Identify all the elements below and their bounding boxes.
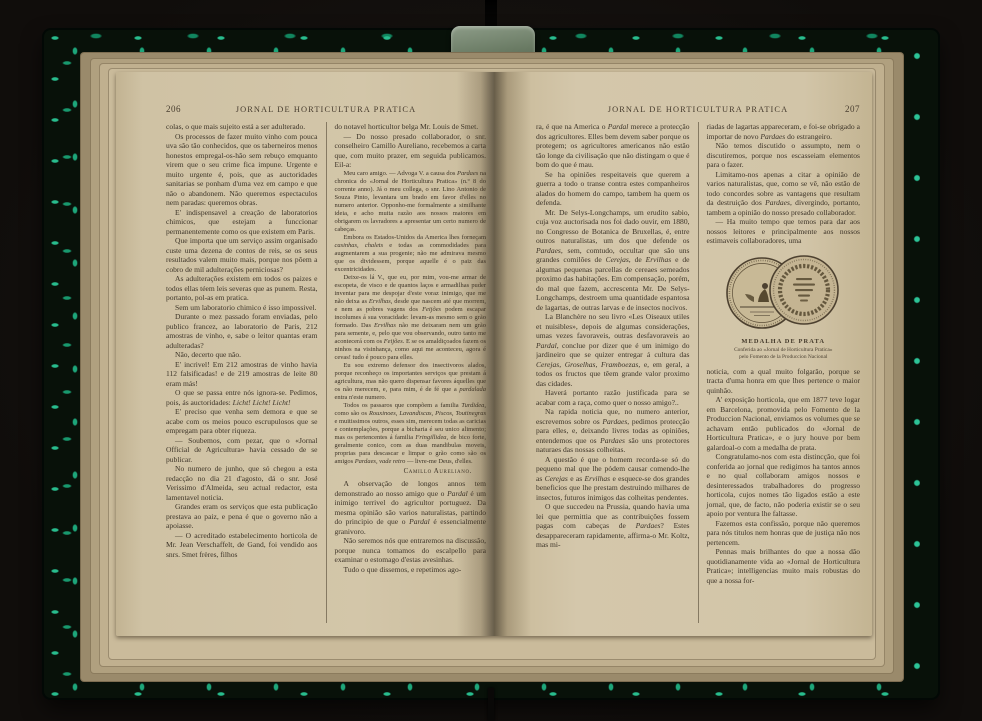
journal-title-left: JORNAL DE HORTICULTURA PRATICA [208,105,444,114]
paragraph: Limitamo-nos apenas a citar a opinião de… [707,170,861,218]
right-page-header: JORNAL DE HORTICULTURA PRATICA 207 [536,104,860,115]
right-page-number: 207 [818,104,860,114]
medal-illustration [724,252,842,334]
paragraph: Fazemos esta confissão, porque não quere… [707,519,861,548]
right-page-columns: ra, é que na America o Pardal merece a p… [536,122,860,623]
paragraph: O que succedeu na Prussia, quando havia … [536,502,690,550]
paragraph: Grandes eram os serviços que esta public… [166,502,318,531]
paragraph: Camillo Aureliano. [335,468,487,477]
left-page-columns: colas, o que mais sujeito está a ser adu… [166,122,486,623]
left-page: 206 JORNAL DE HORTICULTURA PRATICA colas… [116,72,494,636]
paragraph: Os processos de fazer muito vinho com po… [166,132,318,208]
paragraph: Mr. De Selys-Longchamps, um erudito sabi… [536,208,690,313]
silver-medal-engraving: MEDALHA DE PRATA Conferida ao «Jornal de… [707,252,861,362]
journal-title-right: JORNAL DE HORTICULTURA PRATICA [578,105,818,114]
paragraph: A observação de longos annos tem demonst… [335,479,487,536]
right-page: JORNAL DE HORTICULTURA PRATICA 207 ra, é… [494,72,872,636]
paragraph: noticia, com a qual muito folgarão, porq… [707,367,861,396]
paragraph: E' incrivel! Em 212 amostras de vinho ha… [166,360,318,389]
left-page-column-1: colas, o que mais sujeito está a ser adu… [166,122,326,623]
paragraph: — Ha muito tempo que temos para dar aos … [707,217,861,246]
paragraph: A' exposição horticola, que em 1877 teve… [707,395,861,452]
paragraph: Todos os passaros que compõem a familia … [335,402,487,466]
spine-tail [488,688,494,721]
paragraph: Tudo o que dissemos, e repetimos ago- [335,565,487,575]
left-page-header: 206 JORNAL DE HORTICULTURA PRATICA [166,104,486,115]
paragraph: — O acreditado estabelecimento horticola… [166,531,318,560]
paragraph: Eu sou extremo defensor dos insectivoros… [335,362,487,402]
paragraph: colas, o que mais sujeito está a ser adu… [166,122,318,132]
paragraph: — Soubemos, com pezar, que o «Jornal Off… [166,436,318,465]
paragraph: Embora os Estados-Unidos da America lhes… [335,234,487,274]
medal-reverse [770,256,838,324]
paragraph: E' indispensavel a creação de laboratori… [166,208,318,237]
paragraph: Sem um laboratorio chimico é isso imposs… [166,303,318,313]
paragraph: Durante o mez passado foram enviadas, pe… [166,312,318,350]
paragraph: Na rapida noticia que, no numero anterio… [536,407,690,455]
paragraph: Que importa que um serviço assim organis… [166,236,318,274]
paragraph: Se ha opiniões respeitaveis que querem a… [536,170,690,208]
paragraph: A questão é que o homem recorda-se só do… [536,455,690,503]
paragraph: Haverá portanto razão justificada para s… [536,388,690,407]
open-book-spread: 206 JORNAL DE HORTICULTURA PRATICA colas… [116,72,872,636]
paragraph: O que se passa entre nós ignora-se. Pedi… [166,388,318,407]
paragraph: Não, decerto que não. [166,350,318,360]
right-page-column-2: riadas de lagartas appareceram, e foi-se… [698,122,861,623]
left-page-number: 206 [166,104,208,114]
left-page-column-2: do notavel horticultor belga Mr. Louis d… [326,122,487,623]
paragraph: Pennas mais brilhantes do que a nossa dã… [707,547,861,585]
paragraph: Não seremos nós que entraremos na discus… [335,536,487,565]
paragraph: do notavel horticultor belga Mr. Louis d… [335,122,487,132]
paragraph: Deixe-os lá V., que eu, por mim, vou-me … [335,274,487,362]
right-col2-after-medal: noticia, com a qual muito folgarão, porq… [707,367,861,586]
paragraph: ra, é que na America o Pardal merece a p… [536,122,690,170]
right-col2-before-medal: riadas de lagartas appareceram, e foi-se… [707,122,861,246]
paragraph: Congratulamo-nos com esta distincção, qu… [707,452,861,519]
paragraph: — Do nosso presado collaborador, o snr. … [335,132,487,170]
medal-caption-title: MEDALHA DE PRATA [707,338,861,346]
paragraph: As adulterações existem em todos os paiz… [166,274,318,303]
paragraph: Meu caro amigo. — Advoga V. a causa dos … [335,170,487,234]
medal-caption-subtitle: Conferida ao «Jornal de Horticultura Pra… [707,347,861,362]
paragraph: riadas de lagartas appareceram, e foi-se… [707,122,861,141]
photograph-background: 206 JORNAL DE HORTICULTURA PRATICA colas… [0,0,982,721]
paragraph: Não temos discutido o assumpto, nem o di… [707,141,861,170]
paragraph: La Blanchère no seu livro «Les Oiseaux u… [536,312,690,388]
paragraph: No numero de junho, que só chegou a esta… [166,464,318,502]
paragraph: E' preciso que venha sem demora e que se… [166,407,318,436]
right-page-column-1: ra, é que na America o Pardal merece a p… [536,122,698,623]
